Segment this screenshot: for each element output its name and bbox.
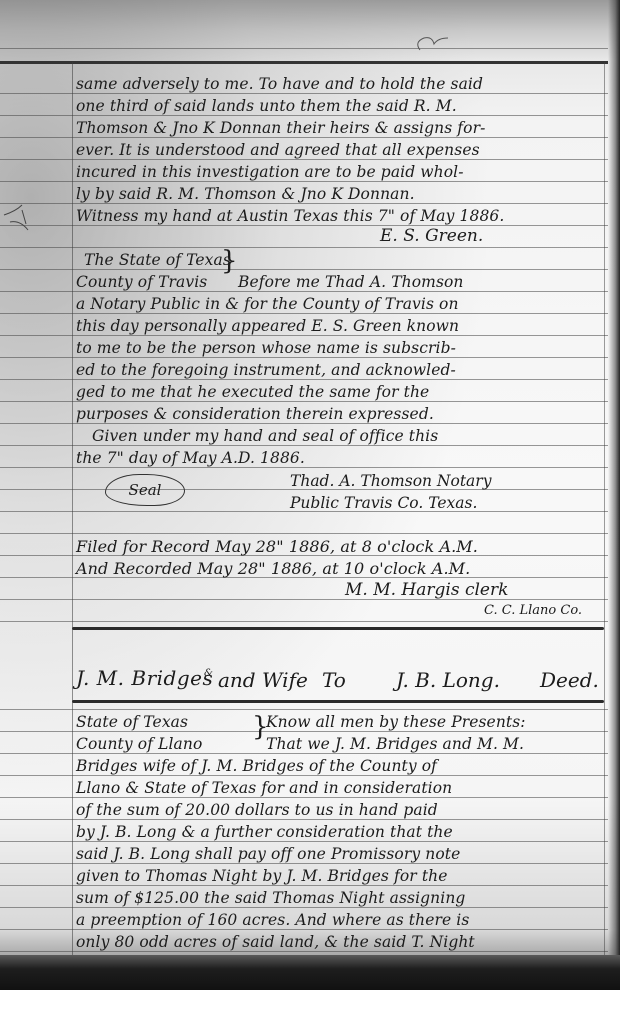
entry1-line-2: one third of said lands unto them the sa… (76, 96, 601, 116)
deed-line-3: of the sum of 20.00 dollars to us in han… (76, 800, 601, 820)
notary-seal: Seal (105, 474, 185, 506)
ack-line-5: ed to the foregoing instrument, and ackn… (76, 360, 601, 380)
deed-and-label: & (204, 668, 213, 679)
deed-line-5: said J. B. Long shall pay off one Promis… (76, 844, 601, 864)
deed-line-8: a preemption of 160 acres. And where as … (76, 910, 601, 930)
ledger-rule (72, 700, 604, 703)
ack-line-2: a Notary Public in & for the County of T… (76, 294, 601, 314)
ack-state-label: The State of Texas (84, 250, 609, 270)
entry1-line-6: ly by said R. M. Thomson & Jno K Donnan. (76, 184, 601, 204)
deed-line-7: sum of $125.00 the said Thomas Night ass… (76, 888, 601, 908)
deed-line-9: only 80 odd acres of said land, & the sa… (76, 932, 601, 952)
grantor-signature: E. S. Green. (380, 226, 483, 246)
deed-line-4: by J. B. Long & a further consideration … (76, 822, 601, 842)
ack-line-3: this day personally appeared E. S. Green… (76, 316, 601, 336)
ledger-page: same adversely to me. To have and to hol… (0, 0, 620, 990)
deed-state-label: State of Texas (76, 712, 188, 732)
scan-margin (0, 990, 620, 1023)
deed-to: To (322, 668, 346, 692)
deed-and-wife: and Wife (218, 668, 308, 692)
recorded-line: And Recorded May 28" 1886, at 10 o'clock… (76, 559, 601, 579)
ack-line-8: Given under my hand and seal of office t… (92, 426, 617, 446)
deed-line-1: Bridges wife of J. M. Bridges of the Cou… (76, 756, 601, 776)
deed-line-6: given to Thomas Night by J. M. Bridges f… (76, 866, 601, 886)
deed-grantee: J. B. Long. (396, 668, 500, 692)
ack-line-1: Before me Thad A. Thomson (238, 272, 464, 292)
deed-county-label: County of Llano (76, 734, 202, 754)
notary-signature-line-2: Public Travis Co. Texas. (290, 494, 477, 512)
entry1-line-5: incured in this investigation are to be … (76, 162, 601, 182)
deed-body-first-1: Know all men by these Presents: (266, 712, 526, 732)
deed-grantor: J. M. Bridges (76, 668, 213, 688)
ledger-rule (0, 709, 608, 710)
filed-for-record-line: Filed for Record May 28" 1886, at 8 o'cl… (76, 537, 601, 557)
clerk-signature: M. M. Hargis clerk (345, 580, 508, 600)
ack-line-9: the 7" day of May A.D. 1886. (76, 448, 601, 468)
deed-line-2: Llano & State of Texas for and in consid… (76, 778, 601, 798)
entry1-line-3: Thomson & Jno K Donnan their heirs & ass… (76, 118, 601, 138)
page-edge-shadow (608, 0, 620, 960)
ledger-rule (0, 599, 608, 600)
ack-county-label: County of Travis (76, 272, 207, 292)
clerk-office: C. C. Llano Co. (484, 603, 582, 618)
entry1-line-1: same adversely to me. To have and to hol… (76, 74, 601, 94)
scan-bottom-shadow (0, 955, 620, 990)
ack-line-6: ged to me that he executed the same for … (76, 382, 601, 402)
ledger-rule (72, 627, 604, 630)
notary-signature-line-1: Thad. A. Thomson Notary (290, 472, 491, 490)
brace-icon: } (221, 248, 238, 274)
ledger-rule (0, 621, 608, 622)
ack-line-4: to me to be the person whose name is sub… (76, 338, 601, 358)
ack-line-7: purposes & consideration therein express… (76, 404, 601, 424)
entry1-line-4: ever. It is understood and agreed that a… (76, 140, 601, 160)
deed-instrument-type: Deed. (540, 668, 599, 692)
deed-body-first-2: That we J. M. Bridges and M. M. (266, 734, 524, 754)
entry1-line-7: Witness my hand at Austin Texas this 7" … (76, 206, 601, 226)
ledger-rule (0, 533, 608, 534)
